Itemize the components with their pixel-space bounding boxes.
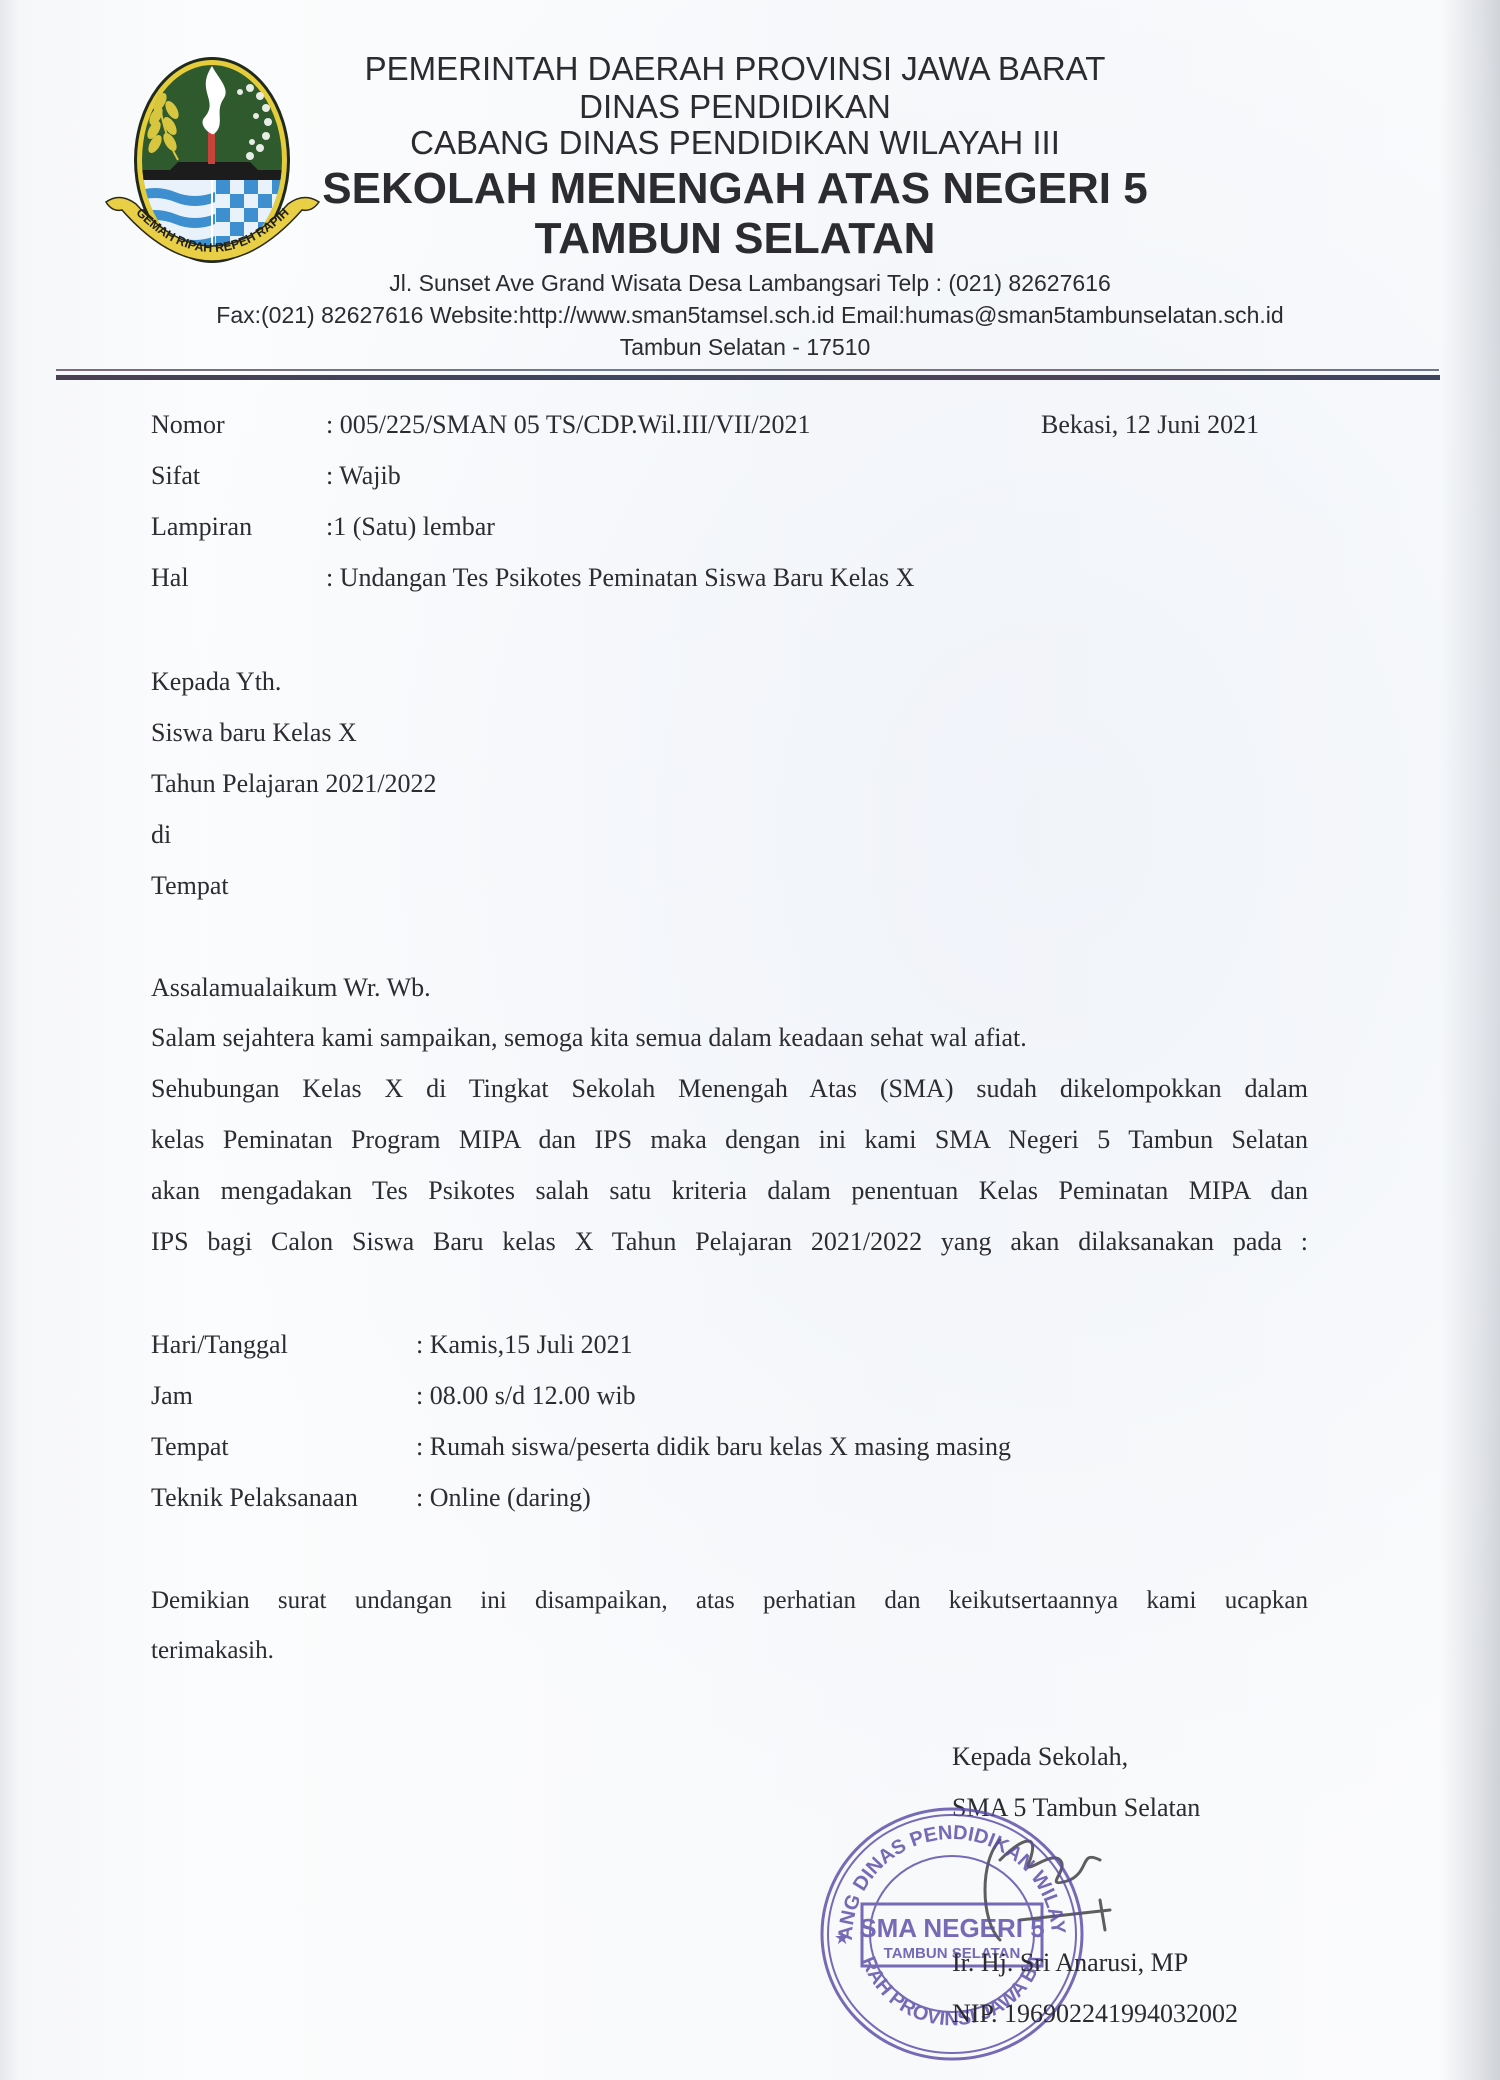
detail-label-time: Jam	[151, 1381, 193, 1411]
letterhead-branch: CABANG DINAS PENDIDIKAN WILAYAH III	[300, 124, 1170, 162]
meta-value-nomor: : 005/225/SMAN 05 TS/CDP.Wil.III/VII/202…	[326, 410, 811, 440]
west-java-coat-of-arms-icon: GEMAH RIPAH REPEH RAPIH	[100, 52, 325, 274]
meta-label-lampiran: Lampiran	[151, 512, 252, 542]
letterhead-school-location: TAMBUN SELATAN	[300, 214, 1170, 264]
recipient-line: Tempat	[151, 871, 229, 901]
detail-value-time: : 08.00 s/d 12.00 wib	[416, 1381, 636, 1411]
meta-value-sifat: : Wajib	[326, 461, 401, 491]
greeting: Assalamualaikum Wr. Wb.	[151, 973, 431, 1003]
meta-label-sifat: Sifat	[151, 461, 200, 491]
meta-label-hal: Hal	[151, 563, 189, 593]
letterhead-contact: Fax:(021) 82627616 Website:http://www.sm…	[130, 302, 1370, 329]
letterhead-school-name: SEKOLAH MENENGAH ATAS NEGERI 5	[300, 164, 1170, 214]
recipient-line: Siswa baru Kelas X	[151, 718, 357, 748]
recipient-line: Kepada Yth.	[151, 667, 281, 697]
detail-label-place: Tempat	[151, 1432, 229, 1462]
letterhead-government: PEMERINTAH DAERAH PROVINSI JAWA BARAT	[300, 50, 1170, 88]
recipient-line: di	[151, 820, 171, 850]
letterhead-address: Jl. Sunset Ave Grand Wisata Desa Lambang…	[320, 270, 1180, 297]
body-paragraph-line: akan mengadakan Tes Psikotes salah satu …	[151, 1176, 1308, 1206]
svg-text:SMA NEGERI 5: SMA NEGERI 5	[859, 1913, 1044, 1943]
signatory-name: Ir. Hj. Sri Anarusi, MP	[952, 1948, 1188, 1978]
signatory-nip: NIP. 196902241994032002	[952, 1999, 1238, 2029]
meta-value-hal: : Undangan Tes Psikotes Peminatan Siswa …	[326, 563, 914, 593]
body-paragraph-line: Sehubungan Kelas X di Tingkat Sekolah Me…	[151, 1074, 1308, 1104]
body-paragraph-line: kelas Peminatan Program MIPA dan IPS mak…	[151, 1125, 1308, 1155]
salutation: Salam sejahtera kami sampaikan, semoga k…	[151, 1023, 1027, 1053]
body-paragraph-line: IPS bagi Calon Siswa Baru kelas X Tahun …	[151, 1227, 1308, 1257]
svg-text:★: ★	[834, 1928, 850, 1949]
closing-line: terimakasih.	[151, 1637, 1308, 1665]
letterhead-divider-thick	[56, 375, 1440, 380]
recipient-line: Tahun Pelajaran 2021/2022	[151, 769, 437, 799]
letterhead-city-postal: Tambun Selatan - 17510	[300, 334, 1190, 361]
meta-label-nomor: Nomor	[151, 410, 225, 440]
meta-value-lampiran: :1 (Satu) lembar	[326, 512, 495, 542]
letterhead-divider-thin	[56, 369, 1439, 371]
place-date: Bekasi, 12 Juni 2021	[1041, 410, 1259, 440]
detail-value-place: : Rumah siswa/peserta didik baru kelas X…	[416, 1432, 1011, 1462]
closing-line: Demikian surat undangan ini disampaikan,…	[151, 1587, 1308, 1615]
detail-value-date: : Kamis,15 Juli 2021	[416, 1330, 633, 1360]
signature-title: Kepada Sekolah,	[952, 1742, 1128, 1772]
letterhead-department: DINAS PENDIDIKAN	[300, 88, 1170, 126]
detail-value-method: : Online (daring)	[416, 1483, 591, 1513]
detail-label-date: Hari/Tanggal	[151, 1330, 288, 1360]
detail-label-method: Teknik Pelaksanaan	[151, 1483, 358, 1513]
